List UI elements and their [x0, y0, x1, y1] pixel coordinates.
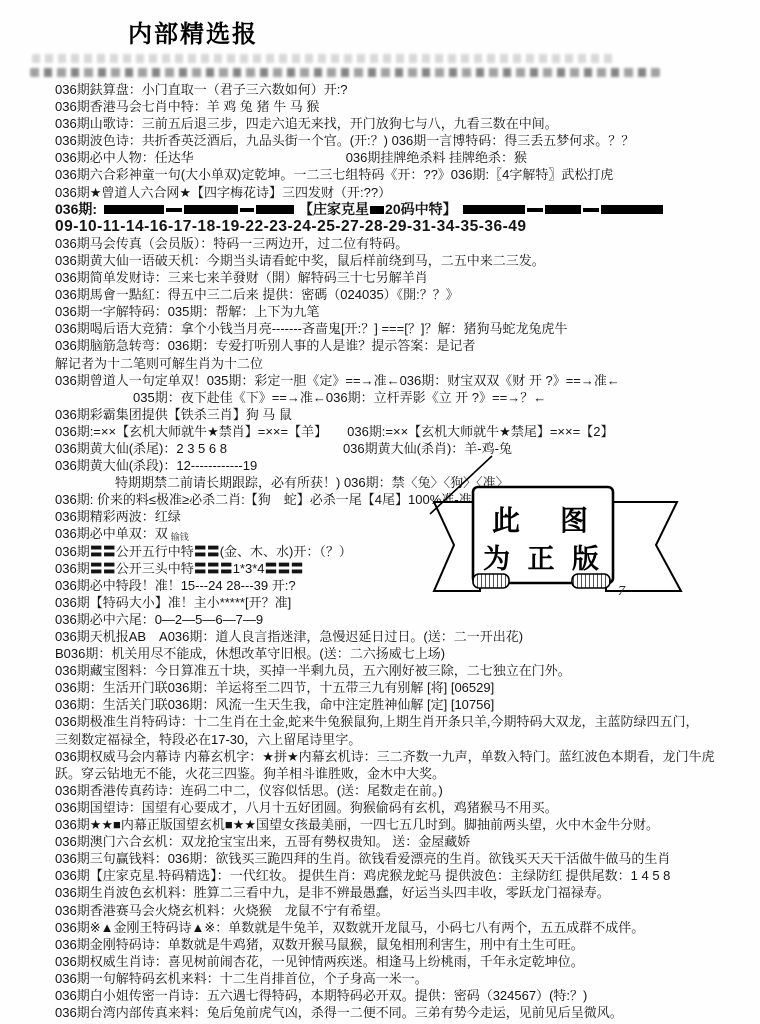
report-line-text: 036期黄大仙一语破天机：今期当头请看蛇中奖，鼠后样前绕到马，二五中来二三发。	[55, 253, 545, 268]
report-line: 036期极准生肖特码诗：十二生肖在土金,蛇来牛兔猴鼠狗,上期生肖开条只羊,今期特…	[0, 713, 760, 730]
report-line: 036期山歌诗：三前五后退三步，四走六追无来找，开门放狗七与八，九看三数在中间。	[0, 115, 760, 132]
redaction-bar	[166, 208, 182, 212]
report-line: 036期国望诗：国望有心要成才，八月十五好团圆。狗猴偷码有玄机，鸡猪猴马不用买。	[0, 799, 760, 816]
report-page: 内部精选报 036期鈇算盘：小门直取一（君子三六数如何）开:?036期香港马会七…	[0, 0, 760, 1024]
report-line: 035期：夜下赴佳《下》==→准←036期：立杆弄影《立 开 ?》==→？←	[0, 389, 760, 406]
report-line: 036期:【庄家克星20码中特】	[0, 201, 760, 218]
report-line-text: 036期【特码大小】准！主小*****[开？准]	[55, 595, 291, 610]
report-line-text: 036期天机报AB A036期：道人良言指迷津，急慢迟延日过日。(送：二一开出花…	[55, 629, 523, 644]
gap	[194, 161, 346, 162]
small-note: 输钱	[171, 532, 189, 542]
report-line-text: 036期喝后语大竞猜：拿个小钱当月亮-------吝啬鬼[开:？] ===[？]…	[55, 321, 567, 336]
report-line-text: 036期:=××【玄机大师就牛★禁肖】=××=【羊】	[55, 424, 327, 439]
scroll-roll-right	[572, 574, 610, 588]
faded-text-line	[30, 68, 660, 77]
report-line: 036期香港马会七肖中特：羊 鸡 兔 猪 牛 马 猴	[0, 98, 760, 115]
report-line-text: 跃。穿云钻地无不能，火花三四鉴。狗羊相斗谁胜败，金木中大奖。	[55, 766, 445, 781]
report-line: 09-10-11-14-16-17-18-19-22-23-24-25-27-2…	[0, 218, 760, 235]
report-line: 036期脑筋急转弯：036期：专爱打听别人事的人是谁？提示答案：是记者	[0, 337, 760, 354]
report-line: 036期馬會一點紅：得五中三二后来 提供：密碼（024035）《開:？？》	[0, 286, 760, 303]
redaction-bar	[370, 206, 384, 214]
page-title: 内部精选报	[0, 0, 760, 49]
report-line: 036期波色诗：共折香英泛酒后，九品头街一个官。(开:？) 036期一言博特码：…	[0, 132, 760, 149]
redaction-bar	[527, 208, 543, 212]
report-line-text: 036期挂牌绝杀料 挂牌绝杀：猴	[346, 150, 527, 165]
redaction-bar	[601, 205, 663, 214]
report-line-text: 036期:=××【玄机大师就牛★禁尾】=××=【2】	[347, 424, 613, 439]
report-line-text: 036期必中人物：任达华	[55, 150, 194, 165]
report-line: 036期生肖波色玄机料：胜算二三看中九，是非不辨最愚蠢，好运当头四丰收，零跃龙门…	[0, 884, 760, 901]
banner-text-line2: 为 正 版	[483, 544, 603, 575]
report-line: 036期香港赛马会火烧玄机料：火烧猴 龙鼠不宁有希望。	[0, 902, 760, 919]
banner-text-line1: 此 图	[492, 504, 594, 537]
report-line-text: 036期香港马会七肖中特：羊 鸡 兔 猪 牛 马 猴	[55, 99, 319, 114]
report-line-text: 036期精彩两波：红绿	[55, 509, 181, 524]
report-line: 036期藏宝图料：今日算准五十块，买掉一半剩九员，五六刚好被三除，二七独立在门外…	[0, 662, 760, 679]
report-line: 036期一字解特码：035期：帮解：上下为九笔	[0, 303, 760, 320]
report-line: 036期一句解特码玄机来料：十二生肖排首位，个子身高一米一。	[0, 970, 760, 987]
report-line-text: 036期简单发财诗：三来七来羊發财（開）解特码三十七另解羊肖	[55, 270, 428, 285]
report-line-text: 036期藏宝图料：今日算准五十块，买掉一半剩九员，五六刚好被三除，二七独立在门外…	[55, 663, 571, 678]
report-line-text: 036期〓〓公开三头中特〓〓〓1*3*4〓〓〓	[55, 561, 304, 576]
report-line-text: 036期三句赢钱料：036期：欲钱买三跪四拜的生肖。欲钱看爱漂亮的生肖。欲钱买天…	[55, 851, 670, 866]
report-line: 三刻数定福禄全，特段必在17-30，六上留尾诗里字。	[0, 731, 760, 748]
report-line: B036期：机关用尽不能成，休想改革守旧根。(送：二六扬威七上场)	[0, 645, 760, 662]
report-line-text: 036期【庄家克星.特码精选】：一代红妆。 提供生肖：鸡虎猴龙蛇马 提供波色：主…	[55, 868, 670, 883]
report-line-text: 036期：生活关门联036期：风流一生天生我，命中注定胜神仙解 [定] [107…	[55, 697, 494, 712]
report-line: 036期金刚特码诗：单数就是牛鸡猪，双数开猴马鼠猴，鼠兔相刑利害生，刑中有土生可…	[0, 936, 760, 953]
report-line: 跃。穿云钻地无不能，火花三四鉴。狗羊相斗谁胜败，金木中大奖。	[0, 765, 760, 782]
report-line-text: 036期香港赛马会火烧玄机料：火烧猴 龙鼠不宁有希望。	[55, 903, 389, 918]
redaction-bar	[583, 208, 599, 212]
report-line-text: 036期一句解特码玄机来料：十二生肖排首位，个子身高一米一。	[55, 971, 428, 986]
report-line: 036期澳门六合玄机：双龙抢宝宝出来，五哥有勢权贵知。 送：金屋藏娇	[0, 833, 760, 850]
report-line: 036期天机报AB A036期：道人良言指迷津，急慢迟延日过日。(送：二一开出花…	[0, 628, 760, 645]
redaction-bar	[104, 205, 164, 214]
report-line: 036期曾道人一句定单双！035期：彩定一胆《定》==→准←036期：财宝双双《…	[0, 372, 760, 389]
faded-text-line	[32, 54, 617, 63]
report-line: 036期：生活关门联036期：风流一生天生我，命中注定胜神仙解 [定] [107…	[0, 696, 760, 713]
report-line: 036期简单发财诗：三来七来羊發财（開）解特码三十七另解羊肖	[0, 269, 760, 286]
report-line-text: 036期波色诗：共折香英泛酒后，九品头街一个官。(开:？) 036期一言博特码：…	[55, 133, 634, 148]
report-line: 036期六合彩神童一句(大小单双)定乾坤。一二三七组特码《开：??》036期:〖…	[0, 166, 760, 183]
report-line: 036期：生活开门联036期：羊运将至二四节，十五带三九有别解 [将] [065…	[0, 679, 760, 696]
report-line-text: 036期台湾内部传真来料：兔后兔前虎气凶，杀得一二便不同。三弟有势今走运，见前见…	[55, 1005, 623, 1020]
report-line: 036期:=××【玄机大师就牛★禁肖】=××=【羊】036期:=××【玄机大师就…	[0, 423, 760, 440]
redaction-bar	[184, 205, 238, 214]
gap	[327, 435, 347, 436]
report-line-text: 036期香港传真药诗：连码二中二，仪容似恬思。(送：尾数走在前。)	[55, 783, 443, 798]
report-line: 036期白小姐传密一肖诗：五六遇七得特码，本期特码必开双。提供：密码（32456…	[0, 987, 760, 1004]
report-line: 036期鈇算盘：小门直取一（君子三六数如何）开:?	[0, 81, 760, 98]
report-line-text: 三刻数定福禄全，特段必在17-30，六上留尾诗里字。	[55, 732, 361, 747]
report-line: 036期【庄家克星.特码精选】：一代红妆。 提供生肖：鸡虎猴龙蛇马 提供波色：主…	[0, 867, 760, 884]
report-line: 036期喝后语大竞猜：拿个小钱当月亮-------吝啬鬼[开:？] ===[？]…	[0, 320, 760, 337]
gap	[227, 452, 343, 453]
redaction-bar	[240, 208, 254, 212]
report-line-text: 036期金刚特码诗：单数就是牛鸡猪，双数开猴马鼠猴，鼠兔相刑利害生，刑中有土生可…	[55, 937, 584, 952]
report-line: 036期彩霸集团提供【铁杀三肖】狗 马 鼠	[0, 406, 760, 423]
report-line: 036期马会传真（会员版）：特码一三两边开，过二位有特码。	[0, 235, 760, 252]
report-line: 解记者为十二笔则可解生肖为十二位	[0, 355, 760, 372]
ribbon-right-tail	[606, 502, 681, 591]
report-line: 036期必中六尾：0—2—5—6—7—9	[0, 611, 760, 628]
gap	[97, 213, 103, 214]
report-line-text: 036期★曾道人六合网★【四字梅花诗】三四发财（开:??）	[55, 185, 391, 200]
report-line-text: 036期生肖波色玄机料：胜算二三看中九，是非不辨最愚蠢，好运当头四丰收，零跃龙门…	[55, 885, 610, 900]
report-line-text: 036期必中单双：双	[55, 526, 168, 541]
report-line: 036期※▲金刚王特码诗▲※：单数就是牛兔羊，双数就开龙鼠马，小码七八有两个，五…	[0, 919, 760, 936]
report-line: 036期三句赢钱料：036期：欲钱买三跪四拜的生肖。欲钱看爱漂亮的生肖。欲钱买天…	[0, 850, 760, 867]
report-line-text: 036期:	[55, 201, 97, 217]
report-line: 036期台湾内部传真来料：兔后兔前虎气凶，杀得一二便不同。三弟有势今走运，见前见…	[0, 1004, 760, 1021]
report-line-text: 036期※▲金刚王特码诗▲※：单数就是牛兔羊，双数就开龙鼠马，小码七八有两个，五…	[55, 920, 644, 935]
report-line-text: 036期一字解特码：035期：帮解：上下为九笔	[55, 304, 319, 319]
page-number-mark: 7	[618, 584, 625, 600]
report-line-text: 036期权威马会内幕诗 内幕玄机字：★拼★内幕玄机诗：三二齐数一九声，单数入特门…	[55, 749, 715, 764]
report-line-text: 036期★★■内幕正版国望玄机■★★国望女孩最美丽，一四七五几时到。脚抽前两头望…	[55, 817, 659, 832]
redaction-bar	[256, 205, 294, 214]
report-line-text: 20码中特】	[385, 201, 457, 217]
report-line-text: 036期馬會一點紅：得五中三二后来 提供：密碼（024035）《開:？？》	[55, 287, 459, 302]
report-line-text: 036期六合彩神童一句(大小单双)定乾坤。一二三七组特码《开：??》036期:〖…	[55, 167, 613, 182]
report-line-text: 036期黄大仙(杀尾)：2 3 5 6 8	[55, 441, 227, 456]
report-line-text: 036期必中特段！准！15---24 28---39 开:?	[55, 578, 296, 593]
report-line-text: 036期白小姐传密一肖诗：五六遇七得特码，本期特码必开双。提供：密码（32456…	[55, 988, 587, 1003]
report-line-text: 036期澳门六合玄机：双龙抢宝宝出来，五哥有勢权贵知。 送：金屋藏娇	[55, 834, 470, 849]
report-line-text: 036期黄大仙(杀段)：12------------19	[55, 458, 257, 473]
report-line-text: 036期马会传真（会员版）：特码一三两边开，过二位有特码。	[55, 236, 408, 251]
report-line-text: 解记者为十二笔则可解生肖为十二位	[55, 356, 263, 371]
report-line-text: 036期山歌诗：三前五后退三步，四走六追无来找，开门放狗七与八，九看三数在中间。	[55, 116, 558, 131]
report-line-text: B036期：机关用尽不能成，休想改革守旧根。(送：二六扬威七上场)	[55, 646, 445, 661]
report-line-text: 09-10-11-14-16-17-18-19-22-23-24-25-27-2…	[55, 218, 527, 235]
report-line: 036期权威生肖诗：喜见树前闹杏花，一见钟情两疾迷。相逢马上纷桃雨，千年永定乾坤…	[0, 953, 760, 970]
report-line: 036期黄大仙一语破天机：今期当头请看蛇中奖，鼠后样前绕到马，二五中来二三发。	[0, 252, 760, 269]
genuine-version-banner: 此 图 为 正 版	[420, 448, 690, 606]
report-line-text: 036期国望诗：国望有心要成才，八月十五好团圆。狗猴偷码有玄机，鸡猪猴马不用买。	[55, 800, 558, 815]
report-line-text: 036期：生活开门联036期：羊运将至二四节，十五带三九有别解 [将] [065…	[55, 680, 494, 695]
report-line: 036期必中人物：任达华036期挂牌绝杀料 挂牌绝杀：猴	[0, 149, 760, 166]
report-line: 036期权威马会内幕诗 内幕玄机字：★拼★内幕玄机诗：三二齐数一九声，单数入特门…	[0, 748, 760, 765]
report-line-text: 036期曾道人一句定单双！035期：彩定一胆《定》==→准←036期：财宝双双《…	[55, 373, 620, 388]
report-line-text: 036期极准生肖特码诗：十二生肖在土金,蛇来牛兔猴鼠狗,上期生肖开条只羊,今期特…	[55, 714, 699, 729]
scroll-roll-left	[473, 574, 509, 588]
redaction-bar	[545, 205, 581, 214]
report-line-text: 036期〓〓公开五行中特〓〓(金、木、水)开：（？）	[55, 544, 352, 559]
report-line-text: 036期脑筋急转弯：036期：专爱打听别人事的人是谁？提示答案：是记者	[55, 338, 475, 353]
report-line-text: 035期：夜下赴佳《下》==→准←036期：立杆弄影《立 开 ?》==→？←	[133, 390, 546, 405]
report-line-text: 036期彩霸集团提供【铁杀三肖】狗 马 鼠	[55, 407, 292, 422]
report-line: 036期★曾道人六合网★【四字梅花诗】三四发财（开:??）	[0, 184, 760, 201]
redaction-bar	[463, 205, 525, 214]
report-line: 036期★★■内幕正版国望玄机■★★国望女孩最美丽，一四七五几时到。脚抽前两头望…	[0, 816, 760, 833]
report-line: 036期香港传真药诗：连码二中二，仪容似恬思。(送：尾数走在前。)	[0, 782, 760, 799]
report-line-text: 036期鈇算盘：小门直取一（君子三六数如何）开:?	[55, 82, 348, 97]
gap	[457, 213, 462, 214]
report-line-text: 036期权威生肖诗：喜见树前闹杏花，一见钟情两疾迷。相逢马上纷桃雨，千年永定乾坤…	[55, 954, 584, 969]
report-line-text: 036期必中六尾：0—2—5—6—7—9	[55, 612, 263, 627]
report-line-text: 【庄家克星	[299, 201, 369, 217]
